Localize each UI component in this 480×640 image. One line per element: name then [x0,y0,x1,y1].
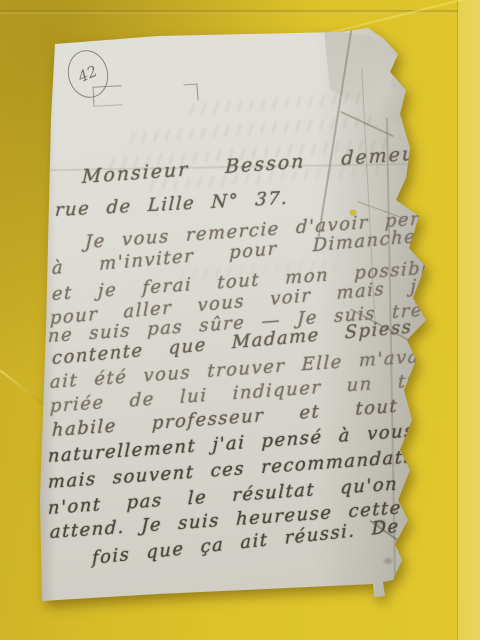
letter-paper-shadow: 42 Monsieur Besson demeure rue de Lille … [0,0,480,640]
mounting-slit [183,84,198,102]
photo-of-letter: 42 Monsieur Besson demeure rue de Lille … [0,0,480,640]
letter-paper: 42 Monsieur Besson demeure rue de Lille … [38,28,434,608]
page-number-text: 42 [76,62,101,86]
dirt-smudge [384,558,392,564]
